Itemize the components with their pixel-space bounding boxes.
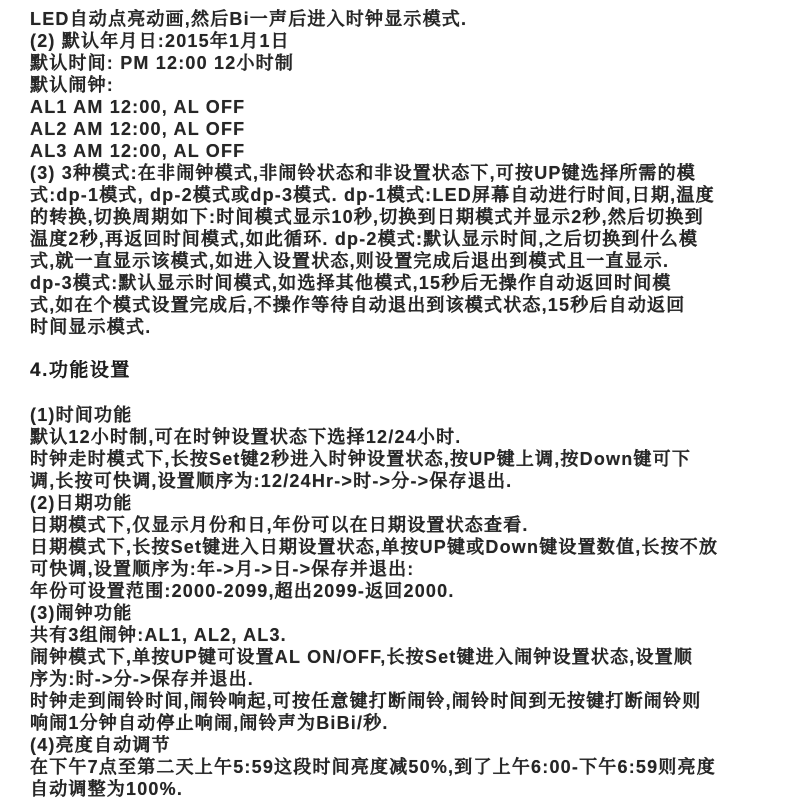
text-line: 调,长按可快调,设置顺序为:12/24Hr->时->分->保存退出. — [30, 470, 776, 492]
text-line: 自动调整为100%. — [30, 778, 776, 800]
text-line: 在下午7点至第二天上午5:59这段时间亮度减50%,到了上午6:00-下午6:5… — [30, 756, 776, 778]
text-line: LED自动点亮动画,然后Bi一声后进入时钟显示模式. — [30, 8, 776, 30]
text-line: 时间显示模式. — [30, 316, 776, 338]
text-line: (3)闹钟功能 — [30, 602, 776, 624]
text-line: 共有3组闹钟:AL1, AL2, AL3. — [30, 624, 776, 646]
blank-line — [30, 338, 776, 360]
text-line: 时钟走时模式下,长按Set键2秒进入时钟设置状态,按UP键上调,按Down键可下 — [30, 448, 776, 470]
text-line: 式,就一直显示该模式,如进入设置状态,则设置完成后退出到模式且一直显示. — [30, 250, 776, 272]
text-line: 温度2秒,再返回时间模式,如此循环. dp-2模式:默认显示时间,之后切换到什么… — [30, 228, 776, 250]
text-line: 年份可设置范围:2000-2099,超出2099-返回2000. — [30, 580, 776, 602]
text-line: 式:dp-1模式, dp-2模式或dp-3模式. dp-1模式:LED屏幕自动进… — [30, 184, 776, 206]
text-line: 日期模式下,长按Set键进入日期设置状态,单按UP键或Down键设置数值,长按不… — [30, 536, 776, 558]
document-lines: LED自动点亮动画,然后Bi一声后进入时钟显示模式.(2) 默认年月日:2015… — [30, 8, 776, 800]
text-line: 式,如在个模式设置完成后,不操作等待自动退出到该模式状态,15秒后自动返回 — [30, 294, 776, 316]
section-heading: 4.功能设置 — [30, 360, 776, 382]
text-line: dp-3模式:默认显示时间模式,如选择其他模式,15秒后无操作自动返回时间模 — [30, 272, 776, 294]
text-line: 闹钟模式下,单按UP键可设置AL ON/OFF,长按Set键进入闹钟设置状态,设… — [30, 646, 776, 668]
text-line: (2)日期功能 — [30, 492, 776, 514]
text-line: 日期模式下,仅显示月份和日,年份可以在日期设置状态查看. — [30, 514, 776, 536]
text-line: 默认时间: PM 12:00 12小时制 — [30, 52, 776, 74]
text-line: 序为:时->分->保存并退出. — [30, 668, 776, 690]
text-line: 响闹1分钟自动停止响闹,闹铃声为BiBi/秒. — [30, 712, 776, 734]
text-line: AL3 AM 12:00, AL OFF — [30, 140, 776, 162]
text-line: 默认闹钟: — [30, 74, 776, 96]
text-line: 默认12小时制,可在时钟设置状态下选择12/24小时. — [30, 426, 776, 448]
document-page: LED自动点亮动画,然后Bi一声后进入时钟显示模式.(2) 默认年月日:2015… — [0, 0, 800, 800]
text-line: (4)亮度自动调节 — [30, 734, 776, 756]
text-line: AL1 AM 12:00, AL OFF — [30, 96, 776, 118]
text-line: 时钟走到闹铃时间,闹铃响起,可按任意键打断闹铃,闹铃时间到无按键打断闹铃则 — [30, 690, 776, 712]
text-line: (1)时间功能 — [30, 404, 776, 426]
text-line: (3) 3种模式:在非闹钟模式,非闹铃状态和非设置状态下,可按UP键选择所需的模 — [30, 162, 776, 184]
text-line: (2) 默认年月日:2015年1月1日 — [30, 30, 776, 52]
blank-line — [30, 382, 776, 404]
text-line: 的转换,切换周期如下:时间模式显示10秒,切换到日期模式并显示2秒,然后切换到 — [30, 206, 776, 228]
text-line: 可快调,设置顺序为:年->月->日->保存并退出: — [30, 558, 776, 580]
text-line: AL2 AM 12:00, AL OFF — [30, 118, 776, 140]
